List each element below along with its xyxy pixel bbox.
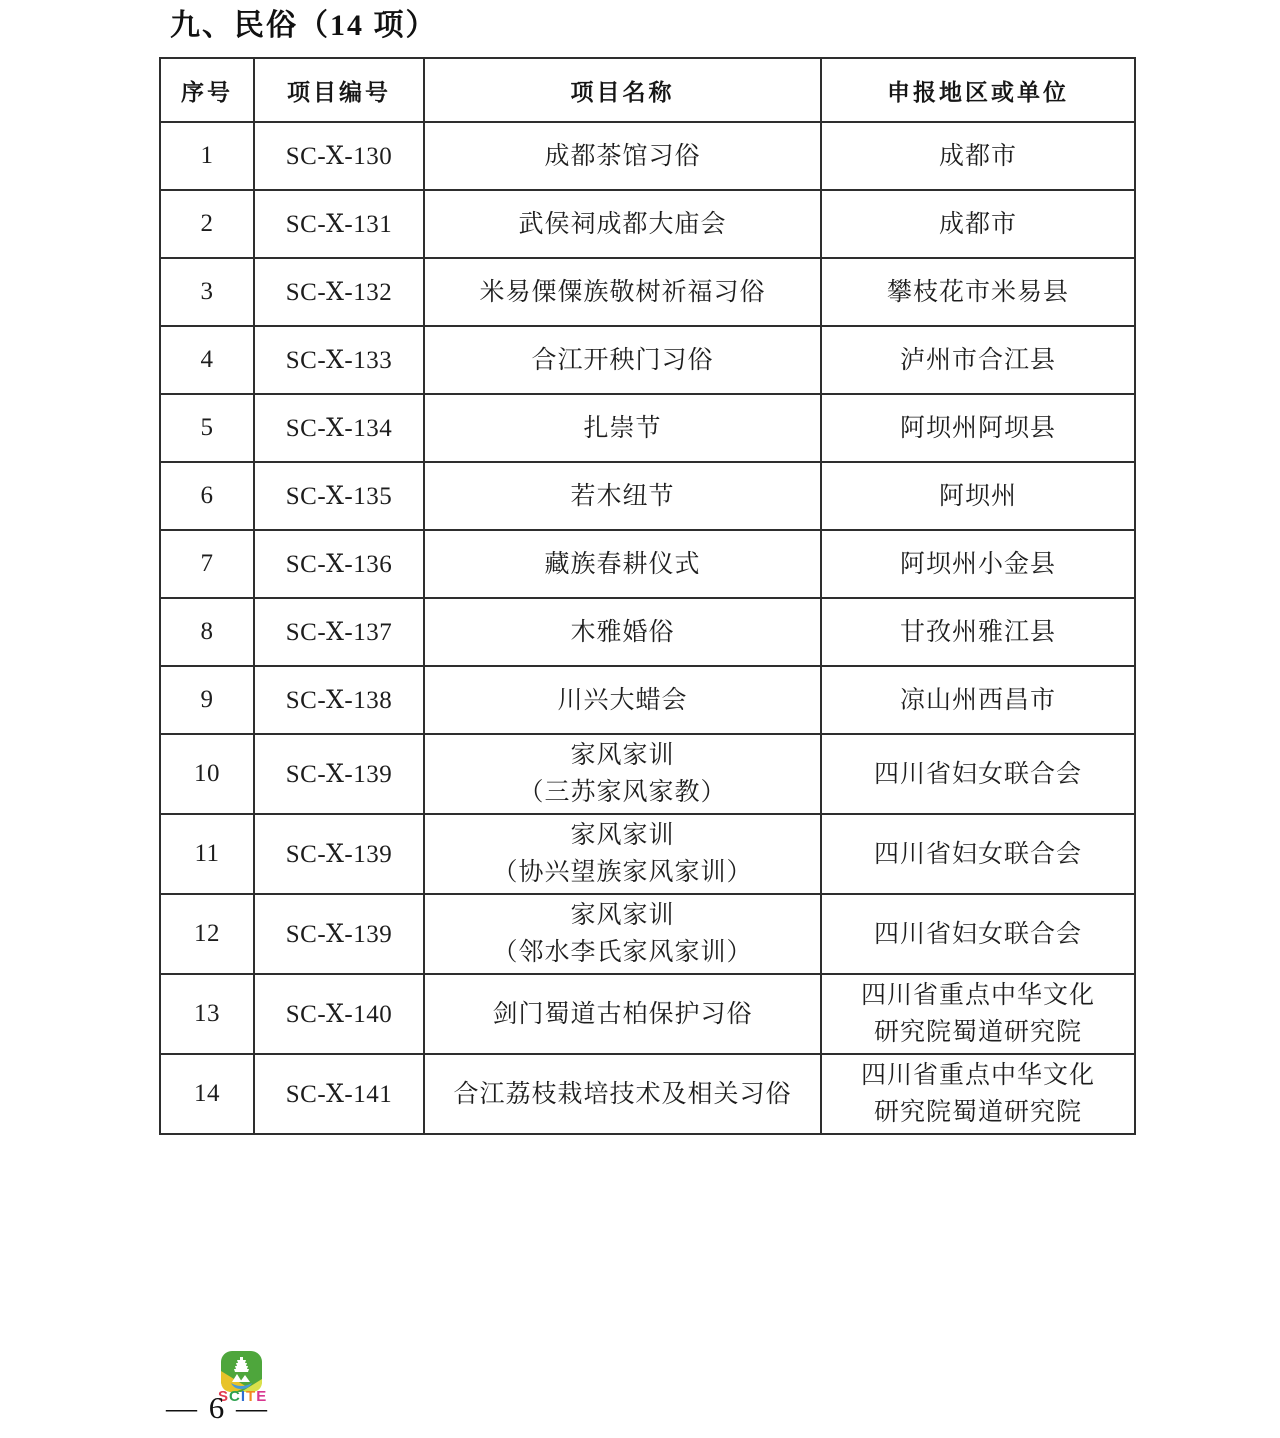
table-row: 7 SC-Ⅹ-136 藏族春耕仪式 阿坝州小金县 [160,530,1135,598]
column-header-org: 申报地区或单位 [821,58,1135,122]
cell-project-name: 成都茶馆习俗 [424,122,821,190]
table-row: 2 SC-Ⅹ-131 武侯祠成都大庙会 成都市 [160,190,1135,258]
cell-serial-number: 6 [160,462,254,530]
cell-serial-number: 5 [160,394,254,462]
cell-project-code: SC-Ⅹ-134 [254,394,424,462]
table-header-row: 序号 项目编号 项目名称 申报地区或单位 [160,58,1135,122]
cell-serial-number: 13 [160,974,254,1054]
cell-serial-number: 7 [160,530,254,598]
cell-declaring-org: 成都市 [821,122,1135,190]
cell-declaring-org: 四川省重点中华文化 研究院蜀道研究院 [821,1054,1135,1134]
cell-project-name: 藏族春耕仪式 [424,530,821,598]
cell-project-name: 合江开秧门习俗 [424,326,821,394]
table-row: 13 SC-Ⅹ-140 剑门蜀道古柏保护习俗 四川省重点中华文化 研究院蜀道研究… [160,974,1135,1054]
cell-serial-number: 8 [160,598,254,666]
heritage-table: 序号 项目编号 项目名称 申报地区或单位 1 SC-Ⅹ-130 成都茶馆习俗 成… [159,57,1136,1135]
cell-project-code: SC-Ⅹ-139 [254,814,424,894]
cell-project-code: SC-Ⅹ-139 [254,734,424,814]
cell-project-name: 川兴大蜡会 [424,666,821,734]
table-row: 10 SC-Ⅹ-139 家风家训 （三苏家风家教） 四川省妇女联合会 [160,734,1135,814]
page-title: 九、民俗（14 项） [170,0,438,44]
cell-project-name: 剑门蜀道古柏保护习俗 [424,974,821,1054]
table-row: 14 SC-Ⅹ-141 合江荔枝栽培技术及相关习俗 四川省重点中华文化 研究院蜀… [160,1054,1135,1134]
cell-project-code: SC-Ⅹ-132 [254,258,424,326]
cell-project-name: 若木纽节 [424,462,821,530]
cell-serial-number: 12 [160,894,254,974]
column-header-serial: 序号 [160,58,254,122]
cell-serial-number: 1 [160,122,254,190]
cell-serial-number: 2 [160,190,254,258]
cell-serial-number: 3 [160,258,254,326]
cell-project-code: SC-Ⅹ-140 [254,974,424,1054]
cell-declaring-org: 阿坝州 [821,462,1135,530]
cell-project-name: 家风家训 （协兴望族家风家训） [424,814,821,894]
cell-project-name: 木雅婚俗 [424,598,821,666]
cell-project-name: 武侯祠成都大庙会 [424,190,821,258]
cell-project-code: SC-Ⅹ-135 [254,462,424,530]
table-row: 8 SC-Ⅹ-137 木雅婚俗 甘孜州雅江县 [160,598,1135,666]
cell-project-code: SC-Ⅹ-138 [254,666,424,734]
cell-project-code: SC-Ⅹ-131 [254,190,424,258]
column-header-name: 项目名称 [424,58,821,122]
table-row: 9 SC-Ⅹ-138 川兴大蜡会 凉山州西昌市 [160,666,1135,734]
cell-serial-number: 9 [160,666,254,734]
cell-declaring-org: 四川省妇女联合会 [821,894,1135,974]
cell-project-code: SC-Ⅹ-141 [254,1054,424,1134]
table-row: 5 SC-Ⅹ-134 扎崇节 阿坝州阿坝县 [160,394,1135,462]
cell-declaring-org: 四川省妇女联合会 [821,814,1135,894]
table-body: 1 SC-Ⅹ-130 成都茶馆习俗 成都市 2 SC-Ⅹ-131 武侯祠成都大庙… [160,122,1135,1134]
table-row: 3 SC-Ⅹ-132 米易傈僳族敬树祈福习俗 攀枝花市米易县 [160,258,1135,326]
table-row: 4 SC-Ⅹ-133 合江开秧门习俗 泸州市合江县 [160,326,1135,394]
cell-project-name: 家风家训 （三苏家风家教） [424,734,821,814]
cell-declaring-org: 四川省妇女联合会 [821,734,1135,814]
cell-declaring-org: 阿坝州小金县 [821,530,1135,598]
cell-serial-number: 11 [160,814,254,894]
cell-declaring-org: 凉山州西昌市 [821,666,1135,734]
cell-declaring-org: 四川省重点中华文化 研究院蜀道研究院 [821,974,1135,1054]
table-row: 12 SC-Ⅹ-139 家风家训 （邻水李氏家风家训） 四川省妇女联合会 [160,894,1135,974]
document-page: 九、民俗（14 项） 序号 项目编号 项目名称 申报地区或单位 1 SC-Ⅹ-1… [0,0,1280,1438]
cell-serial-number: 14 [160,1054,254,1134]
cell-declaring-org: 阿坝州阿坝县 [821,394,1135,462]
cell-project-name: 扎崇节 [424,394,821,462]
page-number: — 6 — [166,1390,269,1426]
cell-serial-number: 10 [160,734,254,814]
table-row: 11 SC-Ⅹ-139 家风家训 （协兴望族家风家训） 四川省妇女联合会 [160,814,1135,894]
cell-serial-number: 4 [160,326,254,394]
cell-project-name: 合江荔枝栽培技术及相关习俗 [424,1054,821,1134]
cell-project-code: SC-Ⅹ-133 [254,326,424,394]
cell-project-code: SC-Ⅹ-139 [254,894,424,974]
cell-declaring-org: 攀枝花市米易县 [821,258,1135,326]
column-header-code: 项目编号 [254,58,424,122]
cell-declaring-org: 泸州市合江县 [821,326,1135,394]
cell-project-name: 家风家训 （邻水李氏家风家训） [424,894,821,974]
cell-declaring-org: 甘孜州雅江县 [821,598,1135,666]
cell-project-code: SC-Ⅹ-130 [254,122,424,190]
table-row: 6 SC-Ⅹ-135 若木纽节 阿坝州 [160,462,1135,530]
cell-project-name: 米易傈僳族敬树祈福习俗 [424,258,821,326]
cell-project-code: SC-Ⅹ-137 [254,598,424,666]
table-row: 1 SC-Ⅹ-130 成都茶馆习俗 成都市 [160,122,1135,190]
cell-project-code: SC-Ⅹ-136 [254,530,424,598]
cell-declaring-org: 成都市 [821,190,1135,258]
scite-logo-icon [221,1351,262,1392]
